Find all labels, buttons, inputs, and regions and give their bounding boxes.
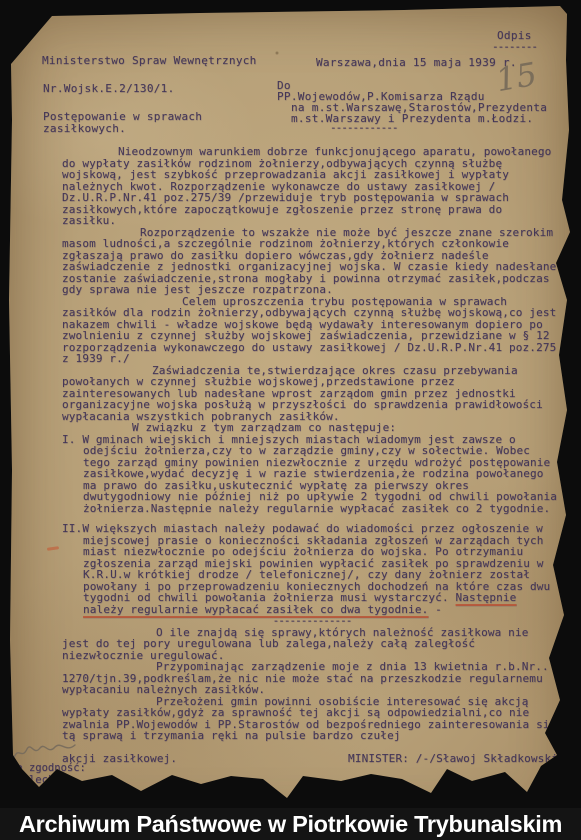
paragraph: Zaświadczenia te,stwierdzające okres cza… (62, 365, 562, 423)
ordinance-item-1: I. W gminach wiejskich i mniejszych mias… (62, 434, 562, 515)
addressee-dashes: ------------ (330, 122, 397, 134)
handwritten-signature-icon (12, 740, 78, 762)
certification-label: za zgodność: (10, 762, 86, 774)
minister-signature-line: MINISTER: /-/Sławoj Składkowski (348, 752, 558, 765)
pencil-page-number: 15 (493, 55, 540, 99)
subject-line: zasiłkowych. (43, 123, 126, 135)
copy-label-dashes: -------- (492, 41, 537, 53)
item-number: I. (62, 433, 76, 446)
closing-row: akcji zasiłkowej. MINISTER: /-/Sławoj Sk… (62, 752, 562, 765)
paragraph: Przypominając zarządzenie moje z dnia 13… (62, 661, 562, 696)
sender-name: Ministerstwo Spraw Wewnętrznych (42, 55, 257, 67)
typed-separator: -------------- (62, 615, 562, 627)
red-pencil-mark (47, 546, 59, 551)
letter-body: Nieodzownym warunkiem dobrze funkcjonują… (62, 146, 562, 742)
addressee-line: m.st.Warszawy i Prezydenta m.Łodzi. (291, 113, 533, 125)
scanned-document-view: Odpis -------- Ministerstwo Spraw Wewnęt… (0, 0, 581, 840)
document-paper: Odpis -------- Ministerstwo Spraw Wewnęt… (0, 0, 581, 840)
paragraph: Celem uproszczenia trybu postępowania w … (62, 296, 562, 365)
paragraph: Rozporządzenie to wszakże nie może być j… (62, 227, 562, 296)
paragraph: Przełożeni gmin powinni osobiście intere… (62, 696, 562, 742)
ordinance-item-2: II.W większych miastach należy podawać d… (62, 523, 562, 615)
item-text: W gminach wiejskich i mniejszych miastac… (76, 433, 558, 515)
archive-caption: Archiwum Państwowe w Piotrkowie Trybunal… (19, 811, 562, 838)
archive-caption-bar: Archiwum Państwowe w Piotrkowie Trybunal… (0, 808, 581, 840)
reference-number: Nr.Wojsk.E.2/130/1. (43, 83, 175, 95)
certification-block: za zgodność: Bielecka (10, 740, 86, 786)
place-and-date: Warszawa,dnia 15 maja 1939 r. (316, 57, 517, 69)
item-number: II. (62, 522, 82, 535)
paragraph: O ile znajdą się sprawy,których należnoś… (62, 627, 562, 662)
paragraph: Nieodzownym warunkiem dobrze funkcjonują… (62, 146, 562, 227)
certification-name: Bielecka (10, 774, 86, 786)
item-text-tail: - (428, 603, 442, 616)
